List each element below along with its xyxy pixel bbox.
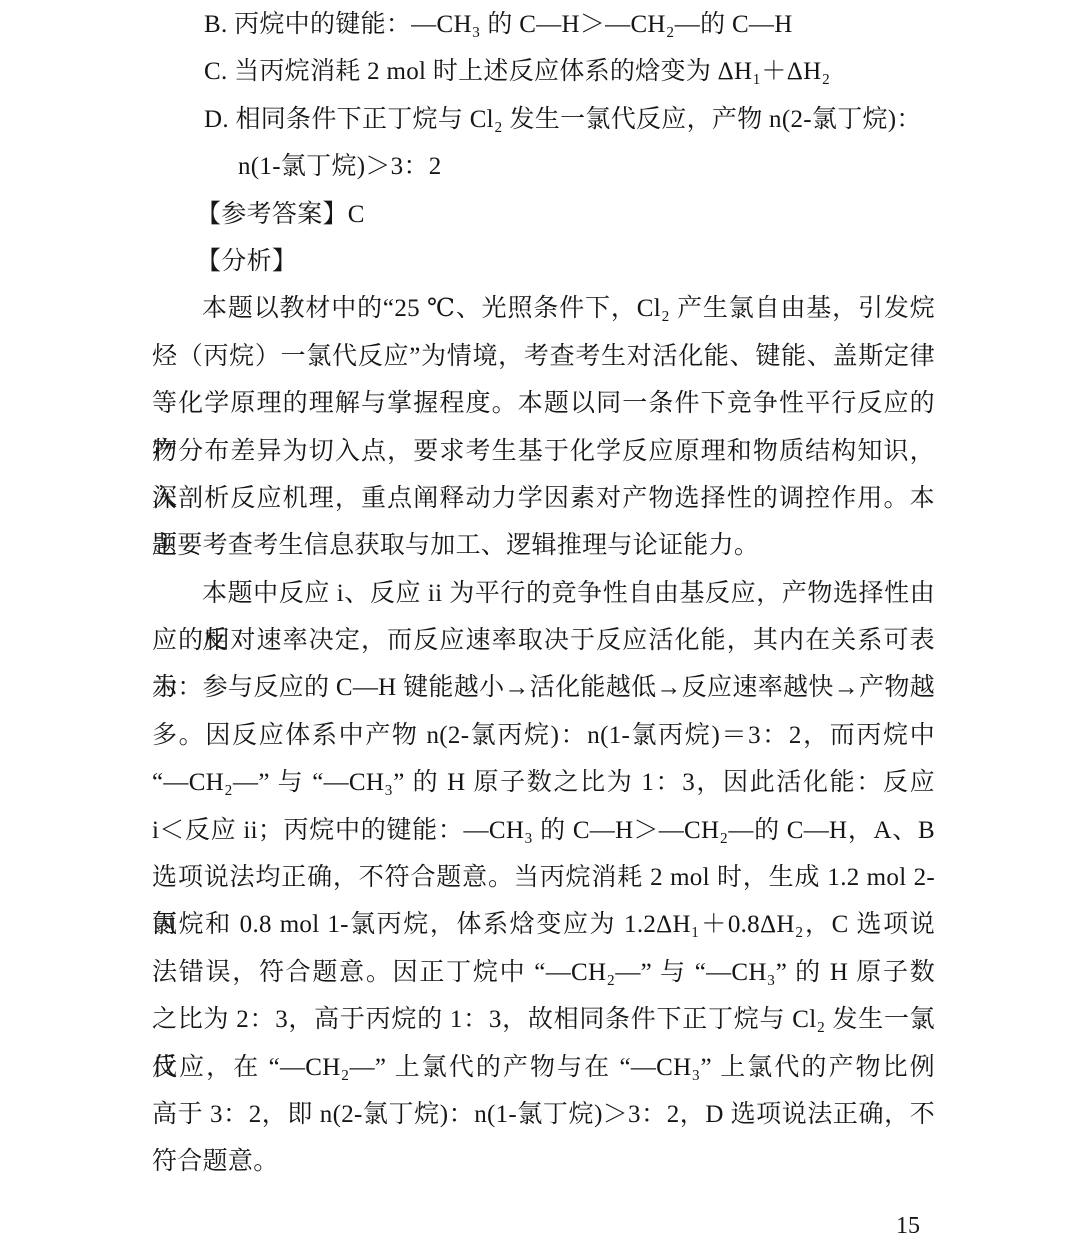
body-text-line: 主要考查考生信息获取与加工、逻辑推理与论证能力。 [152, 522, 935, 569]
body-text-line: 本题中反应 i、反应 ii 为平行的竞争性自由基反应，产物选择性由反 [152, 570, 935, 617]
body-text-line: 为：参与反应的 C—H 键能越小→活化能越低→反应速率越快→产物越 [152, 664, 935, 711]
body-text-line: 应的相对速率决定，而反应速率取决于反应活化能，其内在关系可表示 [152, 617, 935, 664]
body-text-line: 本题以教材中的“25 ℃、光照条件下，Cl₂ 产生氯自由基，引发烷 [152, 285, 935, 332]
body-text-line: 之比为 2：3，高于丙烷的 1：3，故相同条件下正丁烷与 Cl₂ 发生一氯代 [152, 996, 935, 1043]
reference-answer-label: 【参考答案】C [152, 191, 935, 238]
body-text-line: 法错误，符合题意。因正丁烷中 “—CH₂—” 与 “—CH₃” 的 H 原子数 [152, 949, 935, 996]
body-text-line: 物分布差异为切入点，要求考生基于化学反应原理和物质结构知识，深 [152, 428, 935, 475]
analysis-section-label: 【分析】 [152, 238, 935, 285]
body-text-line: 丙烷和 0.8 mol 1-氯丙烷，体系焓变应为 1.2ΔH₁＋0.8ΔH₂，C… [152, 901, 935, 948]
body-text-line: 入剖析反应机理，重点阐释动力学因素对产物选择性的调控作用。本题 [152, 475, 935, 522]
body-text-line: 反应，在 “—CH₂—” 上氯代的产物与在 “—CH₃” 上氯代的产物比例 [152, 1044, 935, 1091]
body-text-line: 高于 3：2，即 n(2-氯丁烷)：n(1-氯丁烷)＞3：2，D 选项说法正确，… [152, 1091, 935, 1138]
body-text-line: 选项说法均正确，不符合题意。当丙烷消耗 2 mol 时，生成 1.2 mol 2… [152, 854, 935, 901]
body-text-line: i＜反应 ii；丙烷中的键能：—CH₃ 的 C—H＞—CH₂—的 C—H，A、B [152, 807, 935, 854]
option-line: D. 相同条件下正丁烷与 Cl₂ 发生一氯代反应，产物 n(2-氯丁烷)： [152, 96, 935, 143]
document-page: B. 丙烷中的键能：—CH₃ 的 C—H＞—CH₂—的 C—HC. 当丙烷消耗 … [0, 0, 1080, 1255]
option-line: C. 当丙烷消耗 2 mol 时上述反应体系的焓变为 ΔH₁＋ΔH₂ [152, 48, 935, 95]
page-body: B. 丙烷中的键能：—CH₃ 的 C—H＞—CH₂—的 C—HC. 当丙烷消耗 … [152, 1, 935, 1186]
page-number: 15 [878, 1206, 938, 1246]
body-text-line: 符合题意。 [152, 1138, 935, 1185]
body-text-line: 等化学原理的理解与掌握程度。本题以同一条件下竞争性平行反应的产 [152, 380, 935, 427]
option-line: B. 丙烷中的键能：—CH₃ 的 C—H＞—CH₂—的 C—H [152, 1, 935, 48]
body-text-line: “—CH₂—” 与 “—CH₃” 的 H 原子数之比为 1：3，因此活化能：反应 [152, 759, 935, 806]
body-text-line: 烃（丙烷）一氯代反应”为情境，考查考生对活化能、键能、盖斯定律 [152, 333, 935, 380]
body-text-line: 多。因反应体系中产物 n(2-氯丙烷)：n(1-氯丙烷)＝3：2，而丙烷中 [152, 712, 935, 759]
option-line-continuation: n(1-氯丁烷)＞3：2 [152, 143, 935, 190]
